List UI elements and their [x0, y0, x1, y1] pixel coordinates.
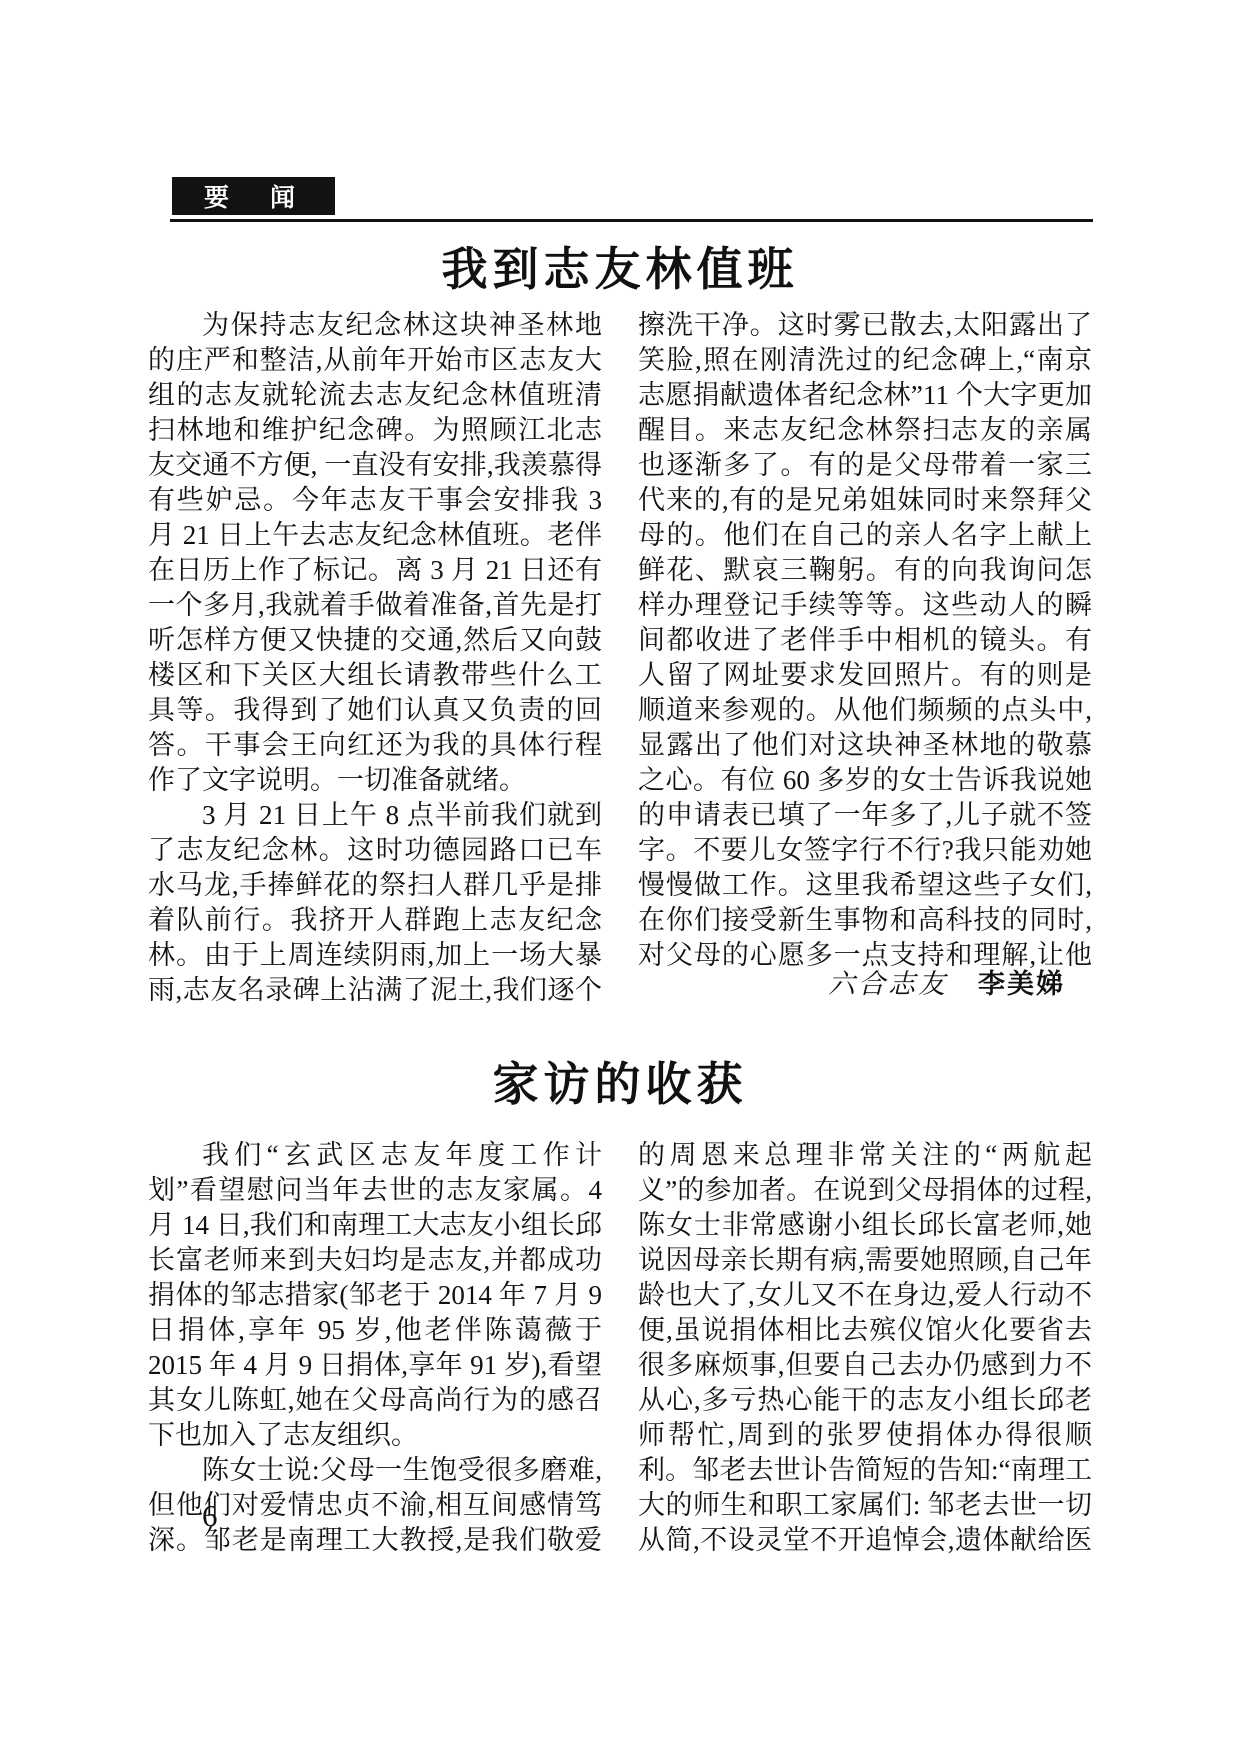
article-1-attribution: 六合志友李美娣: [828, 962, 1065, 1001]
article-2-title: 家访的收获: [148, 1048, 1092, 1114]
header-rule: [170, 219, 1093, 222]
section-tag: 要 闻: [172, 177, 335, 215]
attribution-author: 李美娣: [978, 969, 1065, 999]
article-1-paragraph-1: 为保持志友纪念林这块神圣林地的庄严和整洁,从前年开始市区志友大组的志友就轮流去志…: [148, 308, 602, 798]
page-number: 6: [202, 1498, 218, 1534]
attribution-role: 六合志友: [828, 969, 948, 999]
article-2-paragraph-1: 我们“玄武区志友年度工作计划”看望慰问当年去世的志友家属。4 月 14 日,我们…: [148, 1138, 602, 1453]
article-1-title: 我到志友林值班: [148, 233, 1092, 299]
article-2-body: 我们“玄武区志友年度工作计划”看望慰问当年去世的志友家属。4 月 14 日,我们…: [148, 1138, 1092, 1558]
article-1-body: 为保持志友纪念林这块神圣林地的庄严和整洁,从前年开始市区志友大组的志友就轮流去志…: [148, 308, 1092, 1008]
magazine-page: 要 闻 我到志友林值班 为保持志友纪念林这块神圣林地的庄严和整洁,从前年开始市区…: [0, 0, 1240, 1754]
section-tag-label: 要 闻: [204, 178, 303, 214]
